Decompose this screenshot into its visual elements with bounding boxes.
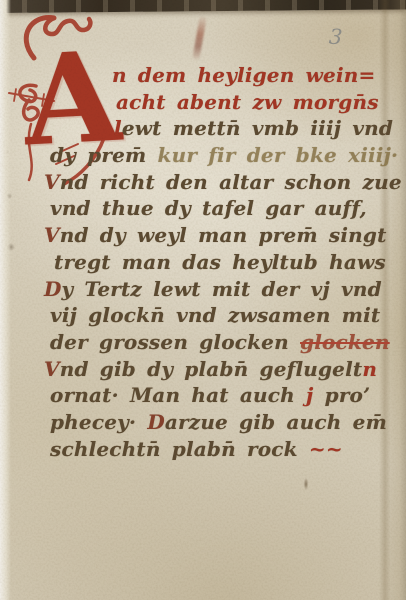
text-segment: D bbox=[44, 277, 62, 301]
text-segment: y Tertz lewt mit der vj vnd bbox=[62, 277, 382, 301]
text-segment: pro’ bbox=[313, 383, 370, 407]
text-block: n dem heyligen wein=acht abent zw morgn̄… bbox=[42, 63, 392, 463]
text-segment: phecey· bbox=[50, 410, 147, 434]
text-segment: ewt mettn̄ vmb iiij vnd bbox=[122, 116, 393, 140]
manuscript-text-line: Vnd dy weyl man prem̄ singt bbox=[42, 223, 392, 250]
manuscript-text-line: lewt mettn̄ vmb iiij vnd bbox=[42, 116, 392, 143]
text-segment: n bbox=[362, 357, 377, 381]
text-segment: dy prem̄ bbox=[50, 143, 158, 167]
manuscript-photo: 3 A n dem heyligen wein=acht abent zw mo… bbox=[0, 0, 406, 600]
page-number: 3 bbox=[328, 25, 343, 50]
text-segment: vij glockn̄ vnd zwsamen mit bbox=[50, 303, 380, 327]
manuscript-text-line: schlechtn̄ plabn̄ rock ~~ bbox=[42, 437, 392, 464]
text-segment: arzue gib auch em̄ bbox=[165, 410, 387, 434]
text-segment: vnd thue dy tafel gar auff, bbox=[50, 196, 367, 220]
manuscript-text-line: vnd thue dy tafel gar auff, bbox=[42, 196, 392, 223]
text-segment: V bbox=[44, 223, 60, 247]
manuscript-text-line: Vnd richt den altar schon zue bbox=[42, 170, 392, 197]
page-left-edge bbox=[0, 0, 11, 600]
manuscript-text-line: dy prem̄ kur fir der bke xiiij· bbox=[42, 143, 392, 170]
text-segment: kur fir der bke xiiij· bbox=[158, 143, 399, 167]
manuscript-text-line: Dy Tertz lewt mit der vj vnd bbox=[42, 277, 392, 304]
manuscript-text-line: ornat· Man hat auch j pro’ bbox=[42, 383, 392, 410]
text-segment: nd gib dy plabn̄ geflugelt bbox=[60, 357, 363, 381]
manuscript-page: 3 A n dem heyligen wein=acht abent zw mo… bbox=[0, 0, 406, 600]
text-segment: glocken bbox=[300, 330, 390, 354]
text-segment: acht abent zw morgn̄s bbox=[116, 90, 379, 114]
text-segment: nd richt den altar schon zue bbox=[60, 170, 402, 194]
text-segment: der grossen glocken bbox=[50, 330, 300, 354]
manuscript-text-line: phecey· Darzue gib auch em̄ bbox=[42, 410, 392, 437]
text-segment: schlechtn̄ plabn̄ rock bbox=[50, 437, 309, 461]
manuscript-text-line: acht abent zw morgn̄s bbox=[42, 90, 392, 117]
text-segment: nd dy weyl man prem̄ singt bbox=[60, 223, 387, 247]
text-segment: n dem heyligen wein= bbox=[112, 63, 375, 87]
text-segment: ornat· Man hat auch bbox=[50, 383, 306, 407]
book-top-edge bbox=[0, 0, 406, 13]
manuscript-text-line: der grossen glocken glocken bbox=[42, 330, 392, 357]
manuscript-text-line: n dem heyligen wein= bbox=[42, 63, 392, 90]
ink-smudge bbox=[192, 16, 207, 61]
manuscript-text-line: vij glockn̄ vnd zwsamen mit bbox=[42, 303, 392, 330]
manuscript-text-line: Vnd gib dy plabn̄ geflugeltn bbox=[42, 357, 392, 384]
text-segment: ~~ bbox=[309, 437, 343, 461]
text-segment: V bbox=[44, 170, 60, 194]
text-segment: tregt man das heyltub haws bbox=[54, 250, 386, 274]
text-segment: D bbox=[147, 410, 165, 434]
text-segment: V bbox=[44, 357, 60, 381]
manuscript-text-line: tregt man das heyltub haws bbox=[42, 250, 392, 277]
text-segment: l bbox=[114, 116, 122, 140]
